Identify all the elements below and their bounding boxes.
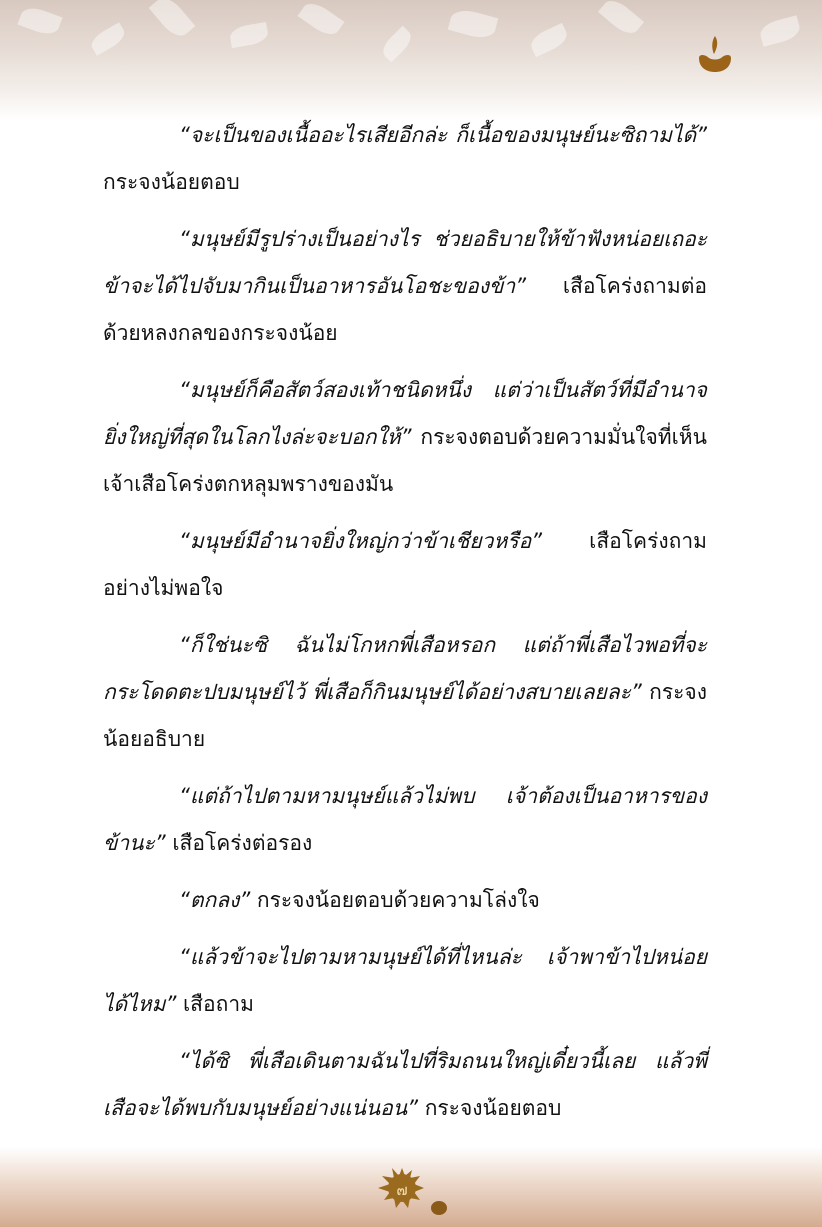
paragraph: “มนุษย์มีรูปร่างเป็นอย่างไร ช่วยอธิบายให… xyxy=(103,216,707,357)
leaf-decoration xyxy=(229,22,270,48)
page-number: ๗ xyxy=(380,1178,424,1202)
leaf-decoration xyxy=(149,0,196,42)
paragraph: “ก็ใช่นะซิ ฉันไม่โกหกพี่เสือหรอก แต่ถ้าพ… xyxy=(103,622,707,763)
ink-drop-icon xyxy=(430,1200,448,1216)
leaf-decoration xyxy=(758,15,802,47)
decorative-header-band xyxy=(0,0,822,120)
narration: กระจงน้อยตอบ xyxy=(418,1096,561,1120)
narration: กระจงน้อยตอบด้วยความโล่งใจ xyxy=(250,888,540,912)
narration: เสือโคร่งต่อรอง xyxy=(166,831,313,855)
dialogue: “จะเป็นของเนื้ออะไรเสียอีกล่ะ ก็เนื้อของ… xyxy=(179,123,707,147)
paragraph: “มนุษย์มีอำนาจยิ่งใหญ่กว่าข้าเชียวหรือ” … xyxy=(103,518,707,612)
leaf-decoration xyxy=(17,4,62,38)
dialogue: “มนุษย์มีอำนาจยิ่งใหญ่กว่าข้าเชียวหรือ” xyxy=(179,529,542,553)
dialogue: “ได้ซิ พี่เสือเดินตามฉันไปที่ริมถนนใหญ่เ… xyxy=(103,1049,707,1120)
dialogue: “ตกลง” xyxy=(179,888,250,912)
leaf-decoration xyxy=(448,6,499,41)
paragraph: “ได้ซิ พี่เสือเดินตามฉันไปที่ริมถนนใหญ่เ… xyxy=(103,1038,707,1132)
leaf-decoration xyxy=(88,22,128,56)
oil-lamp-icon xyxy=(697,34,733,74)
paragraph: “มนุษย์ก็คือสัตว์สองเท้าชนิดหนึ่ง แต่ว่า… xyxy=(103,367,707,508)
leaf-decoration xyxy=(528,23,571,57)
paragraph: “ตกลง” กระจงน้อยตอบด้วยความโล่งใจ xyxy=(103,877,707,924)
paragraph: “แต่ถ้าไปตามหามนุษย์แล้วไม่พบ เจ้าต้องเป… xyxy=(103,773,707,867)
narration: เสือถาม xyxy=(176,992,254,1016)
leaf-decoration xyxy=(297,0,344,40)
paragraph: “แล้วข้าจะไปตามหามนุษย์ได้ที่ไหนล่ะ เจ้า… xyxy=(103,934,707,1028)
leaf-decoration xyxy=(379,26,416,63)
dialogue: “ก็ใช่นะซิ ฉันไม่โกหกพี่เสือหรอก แต่ถ้าพ… xyxy=(103,633,707,704)
paragraph: “จะเป็นของเนื้ออะไรเสียอีกล่ะ ก็เนื้อของ… xyxy=(103,112,707,206)
story-text: “จะเป็นของเนื้ออะไรเสียอีกล่ะ ก็เนื้อของ… xyxy=(103,112,707,1199)
leaf-decoration xyxy=(598,0,644,39)
narration: กระจงน้อยตอบ xyxy=(103,170,240,194)
